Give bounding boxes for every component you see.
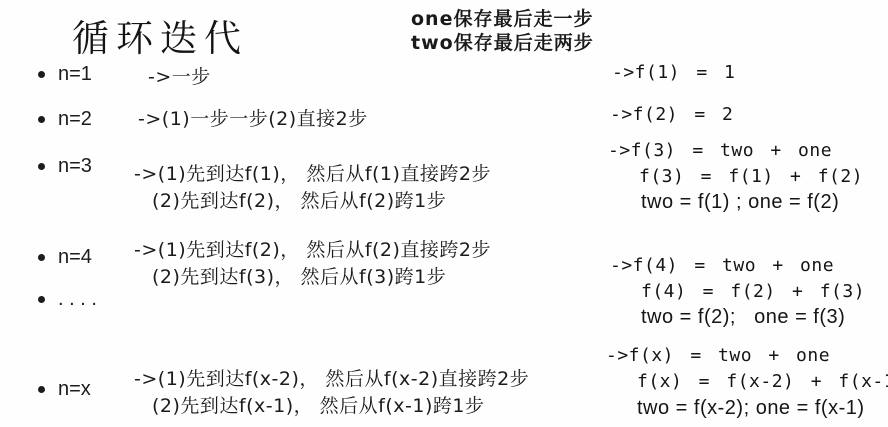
header-note-line-1: one保存最后走一步 bbox=[411, 4, 593, 31]
formula-f3-line-1: ->f(3) = two + one bbox=[608, 140, 832, 161]
bullet-n3: n=3 bbox=[38, 155, 92, 178]
step-nx-line-2: (2)先到达f(x-1)， 然后从f(x-1)跨1步 bbox=[152, 391, 484, 418]
step-n2: ->(1)一步一步(2)直接2步 bbox=[138, 104, 368, 131]
step-n3-line-2: (2)先到达f(2)， 然后从f(2)跨1步 bbox=[152, 186, 446, 213]
step-n3-line-1: ->(1)先到达f(1)， 然后从f(1)直接跨2步 bbox=[134, 159, 491, 186]
bullet-n2: n=2 bbox=[38, 108, 92, 131]
page-title: 循环迭代 bbox=[72, 8, 248, 62]
formula-f2: ->f(2) = 2 bbox=[610, 104, 733, 125]
formula-fx-line-3: two = f(x-2); one = f(x-1) bbox=[637, 397, 865, 420]
bullet-dot-icon bbox=[38, 71, 45, 78]
formula-fx-line-2: f(x) = f(x-2) + f(x-1) bbox=[637, 371, 888, 392]
notes-page: 循环迭代 one保存最后走一步 two保存最后走两步 n=1 n=2 n=3 n… bbox=[0, 0, 888, 427]
formula-fx-line-1: ->f(x) = two + one bbox=[606, 345, 830, 366]
formula-f4-line-1: ->f(4) = two + one bbox=[610, 255, 834, 276]
bullet-dot-icon bbox=[38, 386, 45, 393]
bullet-n2-label: n=2 bbox=[58, 108, 92, 131]
bullet-n1-label: n=1 bbox=[58, 63, 92, 86]
bullet-dot-icon bbox=[38, 163, 45, 170]
step-n4-line-1: ->(1)先到达f(2)， 然后从f(2)直接跨2步 bbox=[134, 235, 491, 262]
bullet-nx: n=x bbox=[38, 378, 91, 401]
bullet-dot-icon bbox=[38, 254, 45, 261]
bullet-ellipsis: . . . . bbox=[38, 288, 97, 311]
bullet-n1: n=1 bbox=[38, 63, 92, 86]
bullet-nx-label: n=x bbox=[58, 378, 91, 401]
bullet-dot-icon bbox=[38, 116, 45, 123]
formula-f3-line-3: two = f(1) ; one = f(2) bbox=[641, 191, 839, 214]
bullet-dot-icon bbox=[38, 296, 45, 303]
step-n1: ->一步 bbox=[148, 62, 211, 89]
formula-f4-line-3: two = f(2); one = f(3) bbox=[641, 306, 845, 329]
step-nx-line-1: ->(1)先到达f(x-2)， 然后从f(x-2)直接跨2步 bbox=[134, 364, 529, 391]
formula-f4-line-2: f(4) = f(2) + f(3) bbox=[641, 281, 865, 302]
step-n4-line-2: (2)先到达f(3)， 然后从f(3)跨1步 bbox=[152, 262, 446, 289]
header-note-line-2: two保存最后走两步 bbox=[411, 28, 594, 55]
formula-f1: ->f(1) = 1 bbox=[612, 62, 735, 83]
bullet-ellipsis-label: . . . . bbox=[58, 288, 97, 311]
bullet-n3-label: n=3 bbox=[58, 155, 92, 178]
bullet-n4-label: n=4 bbox=[58, 246, 92, 269]
bullet-n4: n=4 bbox=[38, 246, 92, 269]
formula-f3-line-2: f(3) = f(1) + f(2) bbox=[639, 166, 863, 187]
